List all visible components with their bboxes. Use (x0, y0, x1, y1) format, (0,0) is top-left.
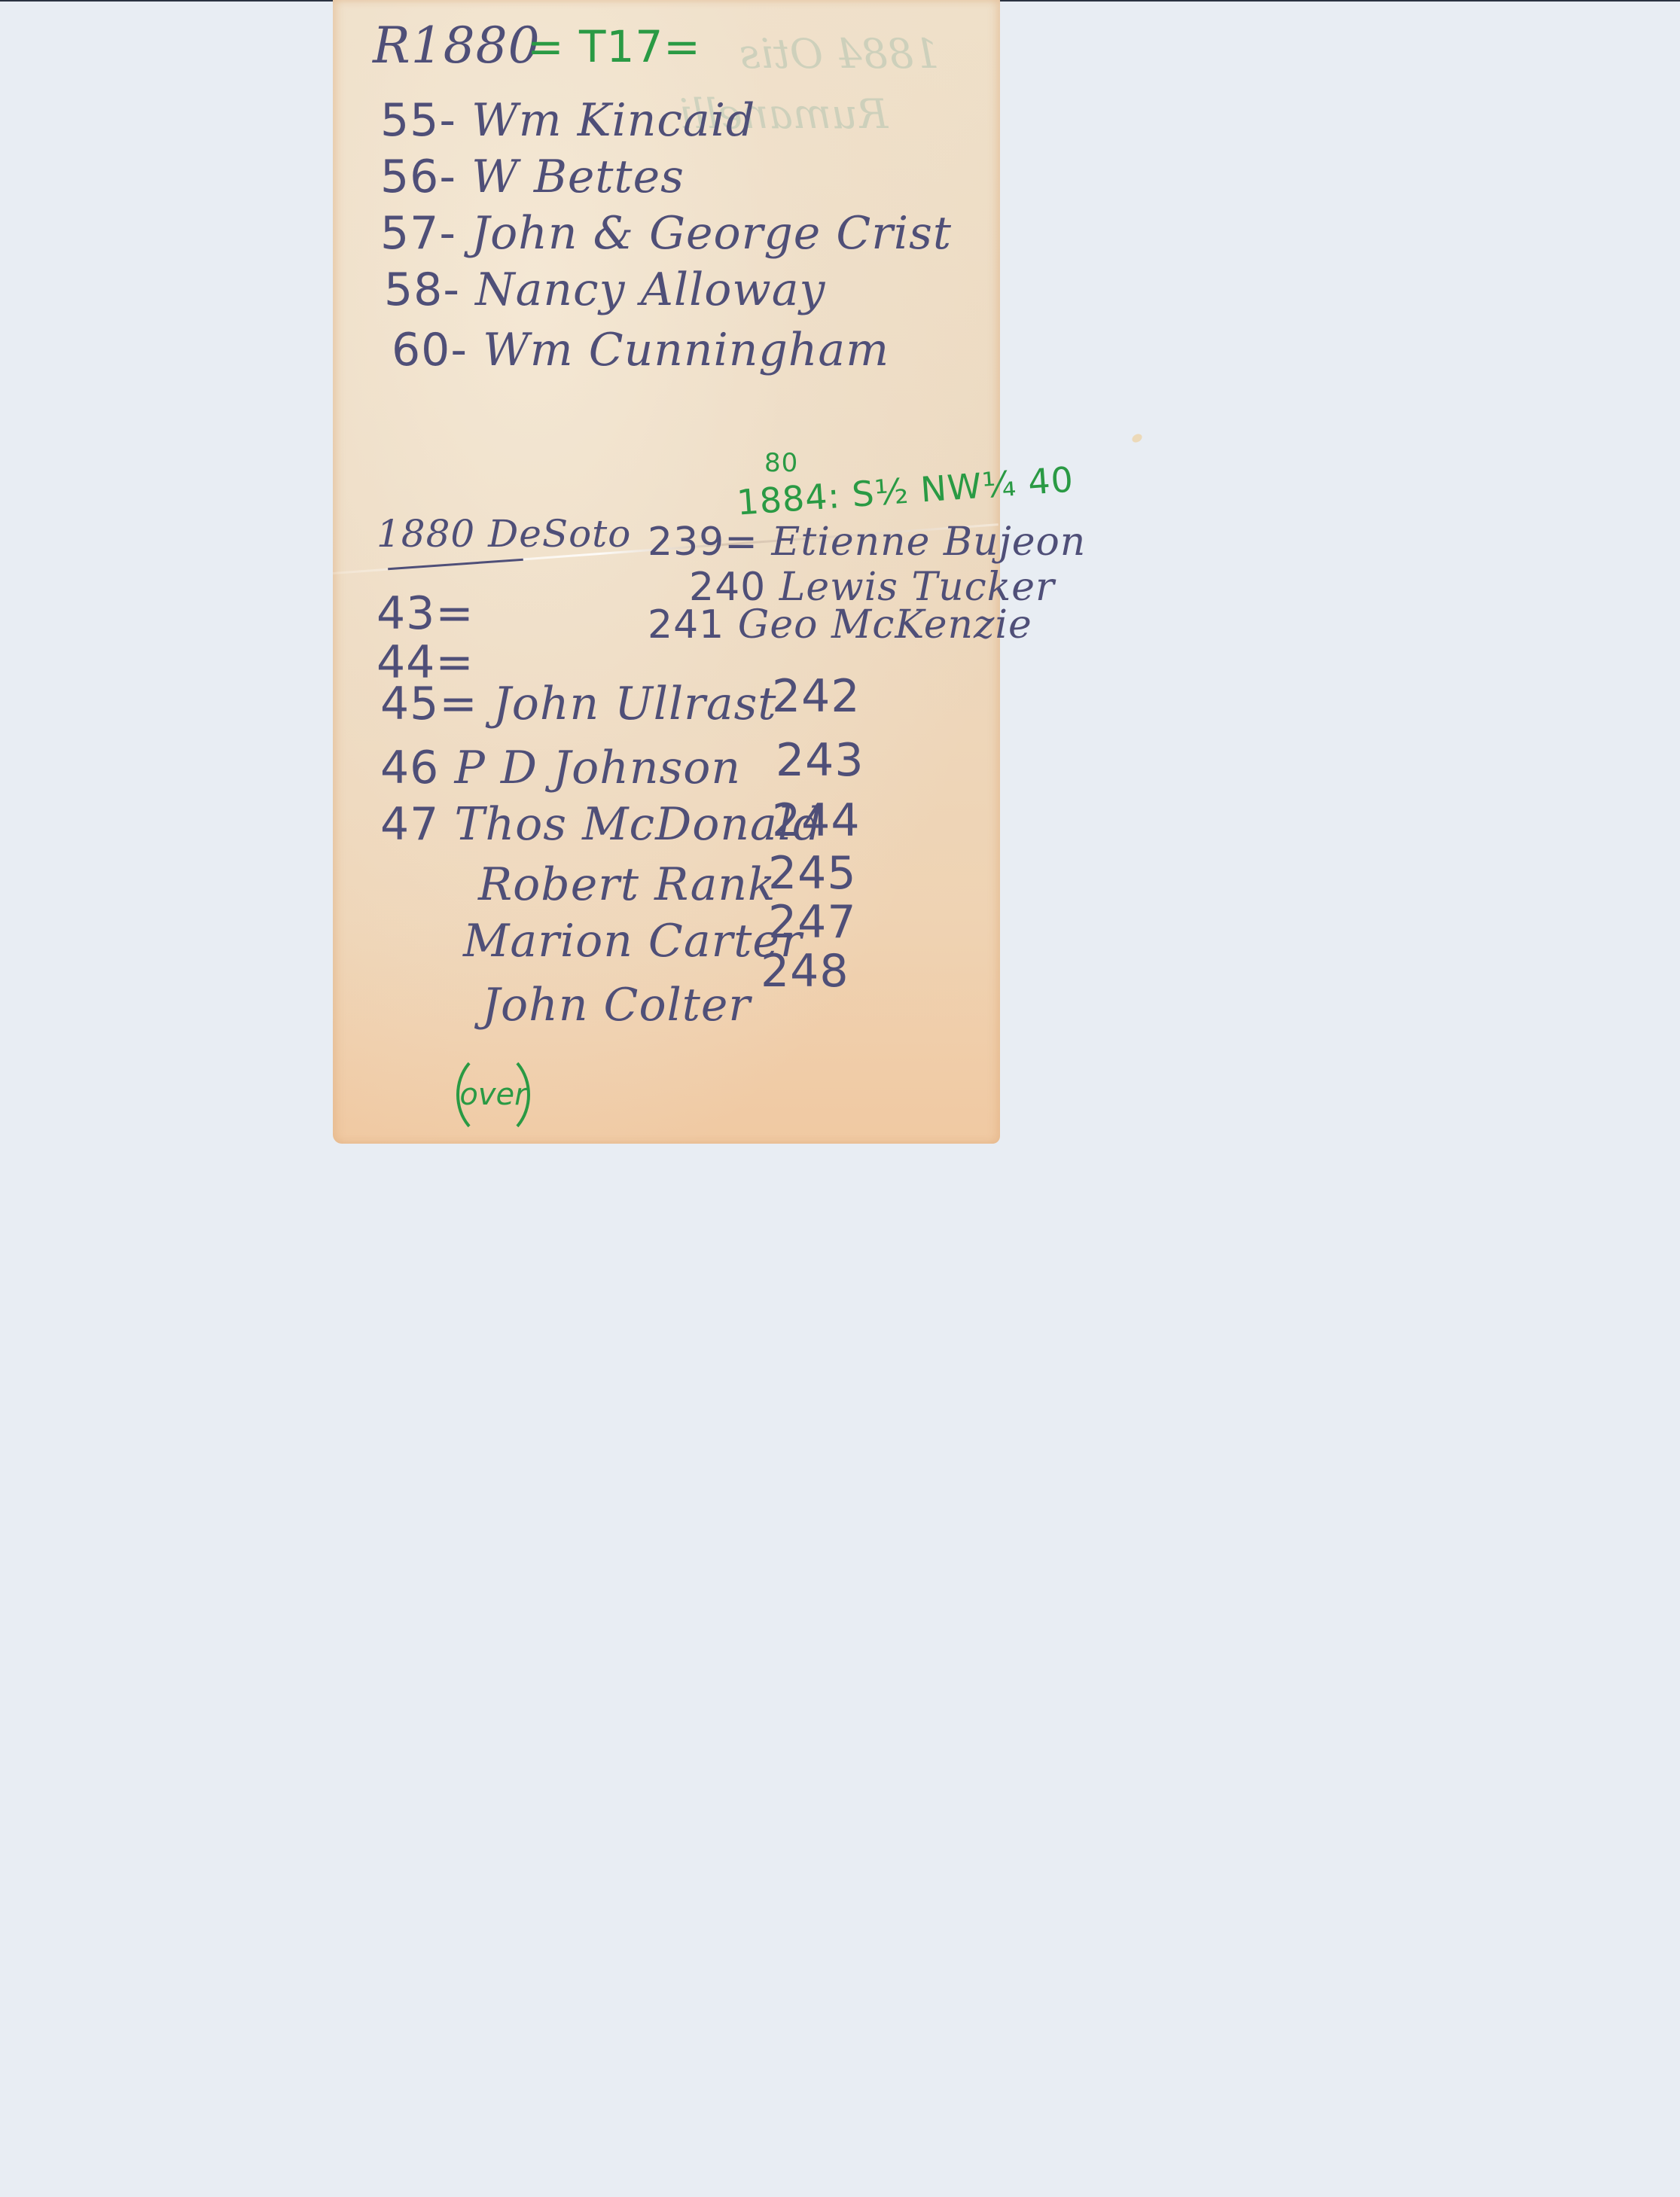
left-entry: 45= John Ullrast (380, 678, 777, 730)
entry-row: 56- W Bettes (380, 151, 685, 203)
right-entry-number: 245 (768, 847, 857, 900)
over-note: over (456, 1050, 530, 1139)
left-entry: 47 Thos McDonald (380, 798, 822, 851)
section-heading: 1880 DeSoto (377, 512, 631, 556)
paper-speck (1130, 432, 1143, 444)
entry-name: Nancy Alloway (475, 264, 825, 316)
entry-number: 46 (380, 742, 439, 794)
entry-name: Etienne Bujeon (771, 520, 1086, 565)
entry-name: John & George Crist (471, 207, 952, 260)
entry-name: Geo McKenzie (738, 602, 1032, 648)
entry-row: 58- Nancy Alloway (384, 264, 825, 316)
right-entry-number: 243 (776, 734, 864, 787)
left-entry-name: John Colter (482, 979, 751, 1031)
entry-name: Thos McDonald (454, 798, 822, 851)
entry-row: 55- Wm Kincaid (380, 94, 755, 147)
entry-number: 57- (380, 207, 456, 260)
township-heading: = T17= (527, 21, 701, 72)
left-entry-name: Robert Rank (478, 858, 776, 911)
entry-row: 57- John & George Crist (380, 207, 952, 260)
entry-number: 239= (648, 520, 758, 565)
left-entry-number: 43= (377, 587, 474, 640)
entry-number: 58- (384, 264, 460, 316)
right-entry-number: 247 (768, 896, 857, 949)
right-entry: 239= Etienne Bujeon (648, 520, 1086, 565)
entry-number: 241 (648, 602, 724, 648)
right-entry: 241 Geo McKenzie (648, 602, 1032, 648)
entry-row: 60- Wm Cunningham (392, 324, 889, 376)
entry-number: 55- (380, 94, 456, 147)
right-entry-number: 242 (772, 670, 861, 723)
right-entry-number: 244 (772, 794, 861, 847)
entry-name: W Bettes (471, 151, 685, 203)
range-heading: R1880 (373, 17, 541, 75)
left-entry: 46 P D Johnson (380, 742, 741, 794)
left-entry-name: Marion Carter (463, 915, 803, 967)
bleed-through-text: 1884 Otis (739, 30, 940, 78)
right-entry-number: 248 (761, 945, 849, 998)
entry-name: P D Johnson (454, 742, 741, 794)
entry-name: John Ullrast (493, 678, 777, 730)
entry-number: 47 (380, 798, 439, 851)
entry-name: Wm Kincaid (471, 94, 755, 147)
entry-number: 56- (380, 151, 456, 203)
entry-number: 60- (392, 324, 468, 376)
green-note-superscript: 80 (764, 448, 798, 478)
entry-number: 45= (380, 678, 478, 730)
over-note-text: over (459, 1077, 526, 1112)
entry-name: Wm Cunningham (483, 324, 889, 376)
